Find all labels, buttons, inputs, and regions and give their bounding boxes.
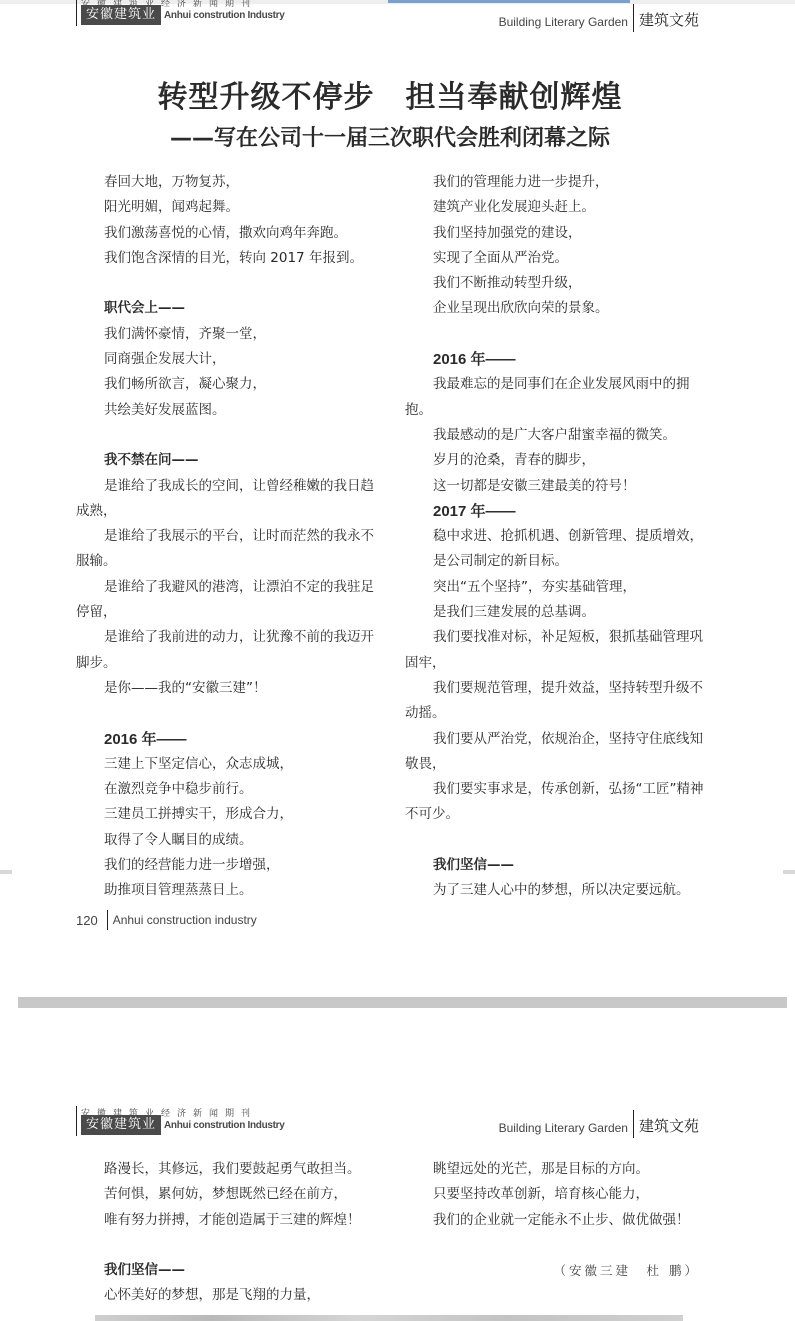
photo-image-edge xyxy=(95,1315,683,1321)
stanza-heading: 2016 年—— xyxy=(76,727,376,752)
stanza-break xyxy=(76,423,376,448)
stanza-break xyxy=(76,271,376,296)
page-footer: 120 Anhui construction industry xyxy=(76,910,257,930)
page-edge-mark-left xyxy=(0,870,12,874)
poem-line: 我们的管理能力进一步提升， xyxy=(405,170,705,195)
poem-line: 岁月的沧桑，青春的脚步， xyxy=(405,448,705,473)
left-column: 路漫长，其修远，我们要鼓起勇气敢担当。苦何惧，累何妨，梦想既然已经在前方，唯有努… xyxy=(76,1157,376,1309)
poem-line: 我们的企业就一定能永不止步、做优做强！ xyxy=(405,1208,705,1233)
stanza-heading: 我们坚信—— xyxy=(405,853,705,878)
poem-line: 我们激荡喜悦的心情，撒欢向鸡年奔跑。 xyxy=(76,221,376,246)
footer-publication: Anhui construction industry xyxy=(108,913,257,927)
poem-line: 唯有努力拼搏，才能创造属于三建的辉煌！ xyxy=(76,1208,376,1233)
poem-line: 是谁给了我前进的动力，让犹豫不前的我迈开脚步。 xyxy=(76,625,376,676)
right-column: 眺望远处的光芒，那是目标的方向。只要坚持改革创新，培育核心能力，我们的企业就一定… xyxy=(405,1157,705,1283)
stanza-heading: 我不禁在问—— xyxy=(76,448,376,473)
poem-line: 是谁给了我展示的平台，让时而茫然的我永不服输。 xyxy=(76,524,376,575)
page-edge-mark-right xyxy=(783,870,795,874)
poem-line: 企业呈现出欣欣向荣的景象。 xyxy=(405,296,705,321)
stanza-break xyxy=(405,322,705,347)
poem-line: 是谁给了我成长的空间，让曾经稚嫩的我日趋成熟， xyxy=(76,474,376,525)
stanza-heading: 2017 年—— xyxy=(405,499,705,524)
poem-line: 我们要找准对标，补足短板，狠抓基础管理巩固牢， xyxy=(405,625,705,676)
poem-line: 建筑产业化发展迎头赶上。 xyxy=(405,195,705,220)
article-title: 转型升级不停步 担当奉献创辉煌 xyxy=(0,72,780,116)
right-column: 我们的管理能力进一步提升，建筑产业化发展迎头赶上。我们坚持加强党的建设，实现了全… xyxy=(405,170,705,904)
section-tag: Building Literary Garden 建筑文苑 xyxy=(499,1108,699,1138)
stanza-heading: 2016 年—— xyxy=(405,347,705,372)
poem-line: 阳光明媚，闻鸡起舞。 xyxy=(76,195,376,220)
page-separator xyxy=(18,997,787,1008)
stanza-break xyxy=(405,828,705,853)
masthead-rule xyxy=(76,1106,77,1136)
poem-line: 我最感动的是广大客户甜蜜幸福的微笑。 xyxy=(405,423,705,448)
section-tag-en: Building Literary Garden xyxy=(499,1121,633,1138)
poem-line: 实现了全面从严治党。 xyxy=(405,246,705,271)
masthead-rule xyxy=(76,0,77,26)
stanza-break xyxy=(405,1233,705,1258)
poem-line: 我们要实事求是，传承创新，弘扬“工匠”精神不可少。 xyxy=(405,777,705,828)
poem-line: 这一切都是安徽三建最美的符号！ xyxy=(405,474,705,499)
page-number: 120 xyxy=(76,913,107,928)
poem-line: 只要坚持改革创新，培育核心能力， xyxy=(405,1182,705,1207)
section-tag-cn: 建筑文苑 xyxy=(634,1115,699,1138)
stanza-heading: 我们坚信—— xyxy=(76,1258,376,1283)
poem-line: 取得了令人瞩目的成绩。 xyxy=(76,828,376,853)
poem-line: 我们坚持加强党的建设， xyxy=(405,221,705,246)
poem-line: 三建员工拼搏实干，形成合力， xyxy=(76,802,376,827)
stanza-break xyxy=(76,1233,376,1258)
section-tag: Building Literary Garden 建筑文苑 xyxy=(499,2,699,32)
poem-line: 共绘美好发展蓝图。 xyxy=(76,398,376,423)
poem-line: 我们的经营能力进一步增强， xyxy=(76,853,376,878)
poem-line: 我们要从严治党，依规治企，坚持守住底线知敬畏， xyxy=(405,727,705,778)
poem-line: 苦何惧，累何妨，梦想既然已经在前方， xyxy=(76,1182,376,1207)
stanza-heading: 职代会上—— xyxy=(76,296,376,321)
poem-line: 同商强企发展大计， xyxy=(76,347,376,372)
poem-line: 是谁给了我避风的港湾，让漂泊不定的我驻足停留， xyxy=(76,575,376,626)
stanza-break xyxy=(76,701,376,726)
masthead-logo: 安徽建筑业 xyxy=(81,1115,161,1135)
section-tag-cn: 建筑文苑 xyxy=(634,9,699,32)
poem-line: 是你——我的“安徽三建”！ xyxy=(76,676,376,701)
left-column: 春回大地，万物复苏，阳光明媚，闻鸡起舞。我们激荡喜悦的心情，撒欢向鸡年奔跑。我们… xyxy=(76,170,376,904)
poem-line: 是我们三建发展的总基调。 xyxy=(405,600,705,625)
masthead-logo: 安徽建筑业 xyxy=(81,5,161,25)
masthead-logo-en: Anhui constrution Industry xyxy=(164,10,285,21)
poem-line: 稳中求进、抢抓机遇、创新管理、提质增效， xyxy=(405,524,705,549)
poem-line: 三建上下坚定信心，众志成城， xyxy=(76,752,376,777)
poem-line: 我们饱含深情的目光，转向 2017 年报到。 xyxy=(76,246,376,271)
poem-line: 助推项目管理蒸蒸日上。 xyxy=(76,878,376,903)
poem-line: 春回大地，万物复苏， xyxy=(76,170,376,195)
poem-line: 心怀美好的梦想，那是飞翔的力量， xyxy=(76,1283,376,1308)
poem-line: 我们畅所欲言，凝心聚力， xyxy=(76,372,376,397)
poem-line: 在激烈竞争中稳步前行。 xyxy=(76,777,376,802)
poem-line: 我们满怀豪情，齐聚一堂， xyxy=(76,322,376,347)
article-subtitle: ——写在公司十一届三次职代会胜利闭幕之际 xyxy=(0,121,780,152)
author-signature: （安徽三建 杜 鹏） xyxy=(405,1258,705,1283)
poem-line: 是公司制定的新目标。 xyxy=(405,549,705,574)
section-tag-en: Building Literary Garden xyxy=(499,15,633,32)
masthead-logo-en: Anhui constrution Industry xyxy=(164,1120,285,1131)
poem-line: 眺望远处的光芒，那是目标的方向。 xyxy=(405,1157,705,1182)
poem-line: 路漫长，其修远，我们要鼓起勇气敢担当。 xyxy=(76,1157,376,1182)
poem-line: 我们不断推动转型升级， xyxy=(405,271,705,296)
poem-line: 我最难忘的是同事们在企业发展风雨中的拥抱。 xyxy=(405,372,705,423)
poem-line: 突出“五个坚持”，夯实基础管理， xyxy=(405,575,705,600)
poem-line: 我们要规范管理，提升效益，坚持转型升级不动摇。 xyxy=(405,676,705,727)
poem-line: 为了三建人心中的梦想，所以决定要远航。 xyxy=(405,878,705,903)
